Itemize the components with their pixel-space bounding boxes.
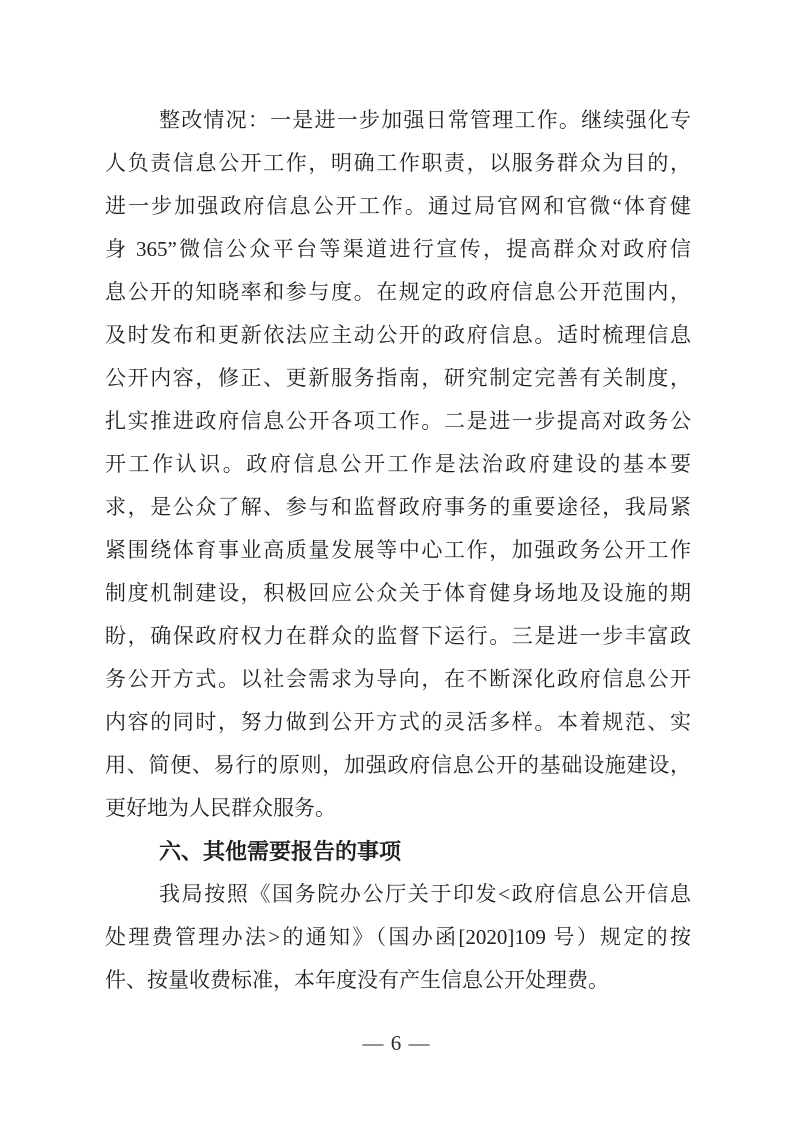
text-line: 息公开的知晓率和参与度。在规定的政府信息公开范围内， — [105, 271, 691, 314]
text-line: 求，是公众了解、参与和监督政府事务的重要途径，我局紧 — [105, 486, 691, 529]
text-line: 扎实推进政府信息公开各项工作。二是进一步提高对政务公 — [105, 400, 691, 443]
page-number: — 6 — — [363, 1022, 431, 1065]
text-line: 开工作认识。政府信息公开工作是法治政府建设的基本要 — [105, 443, 691, 486]
text-line: 件、按量收费标准，本年度没有产生信息公开处理费。 — [105, 959, 691, 1002]
text-line: 用、简便、易行的原则，加强政府信息公开的基础设施建设， — [105, 744, 691, 787]
text-line: 整改情况：一是进一步加强日常管理工作。继续强化专 — [105, 99, 691, 142]
text-line: 身 365”微信公众平台等渠道进行宣传，提高群众对政府信 — [105, 228, 691, 271]
text-line: 公开内容，修正、更新服务指南，研究制定完善有关制度， — [105, 357, 691, 400]
text-line: 更好地为人民群众服务。 — [105, 787, 691, 830]
processing-fee-paragraph: 我局按照《国务院办公厅关于印发<政府信息公开信息处理费管理办法>的通知》（国办函… — [105, 873, 691, 1002]
text-line: 我局按照《国务院办公厅关于印发<政府信息公开信息 — [105, 873, 691, 916]
text-line: 盼，确保政府权力在群众的监督下运行。三是进一步丰富政 — [105, 615, 691, 658]
text-line: 进一步加强政府信息公开工作。通过局官网和官微“体育健 — [105, 185, 691, 228]
section-six-heading: 六、其他需要报告的事项 — [105, 830, 691, 873]
text-line: 紧围绕体育事业高质量发展等中心工作，加强政务公开工作 — [105, 529, 691, 572]
text-line: 内容的同时，努力做到公开方式的灵活多样。本着规范、实 — [105, 701, 691, 744]
document-page: 整改情况：一是进一步加强日常管理工作。继续强化专人负责信息公开工作，明确工作职责… — [0, 0, 793, 1122]
rectification-paragraph: 整改情况：一是进一步加强日常管理工作。继续强化专人负责信息公开工作，明确工作职责… — [105, 99, 691, 830]
text-line: 处理费管理办法>的通知》（国办函[2020]109 号）规定的按 — [105, 916, 691, 959]
page-footer: — 6 — — [0, 1022, 793, 1065]
text-line: 制度机制建设，积极回应公众关于体育健身场地及设施的期 — [105, 572, 691, 615]
document-body: 整改情况：一是进一步加强日常管理工作。继续强化专人负责信息公开工作，明确工作职责… — [105, 99, 691, 1002]
text-line: 务公开方式。以社会需求为导向，在不断深化政府信息公开 — [105, 658, 691, 701]
heading-line: 六、其他需要报告的事项 — [105, 830, 691, 873]
text-line: 人负责信息公开工作，明确工作职责，以服务群众为目的， — [105, 142, 691, 185]
text-line: 及时发布和更新依法应主动公开的政府信息。适时梳理信息 — [105, 314, 691, 357]
